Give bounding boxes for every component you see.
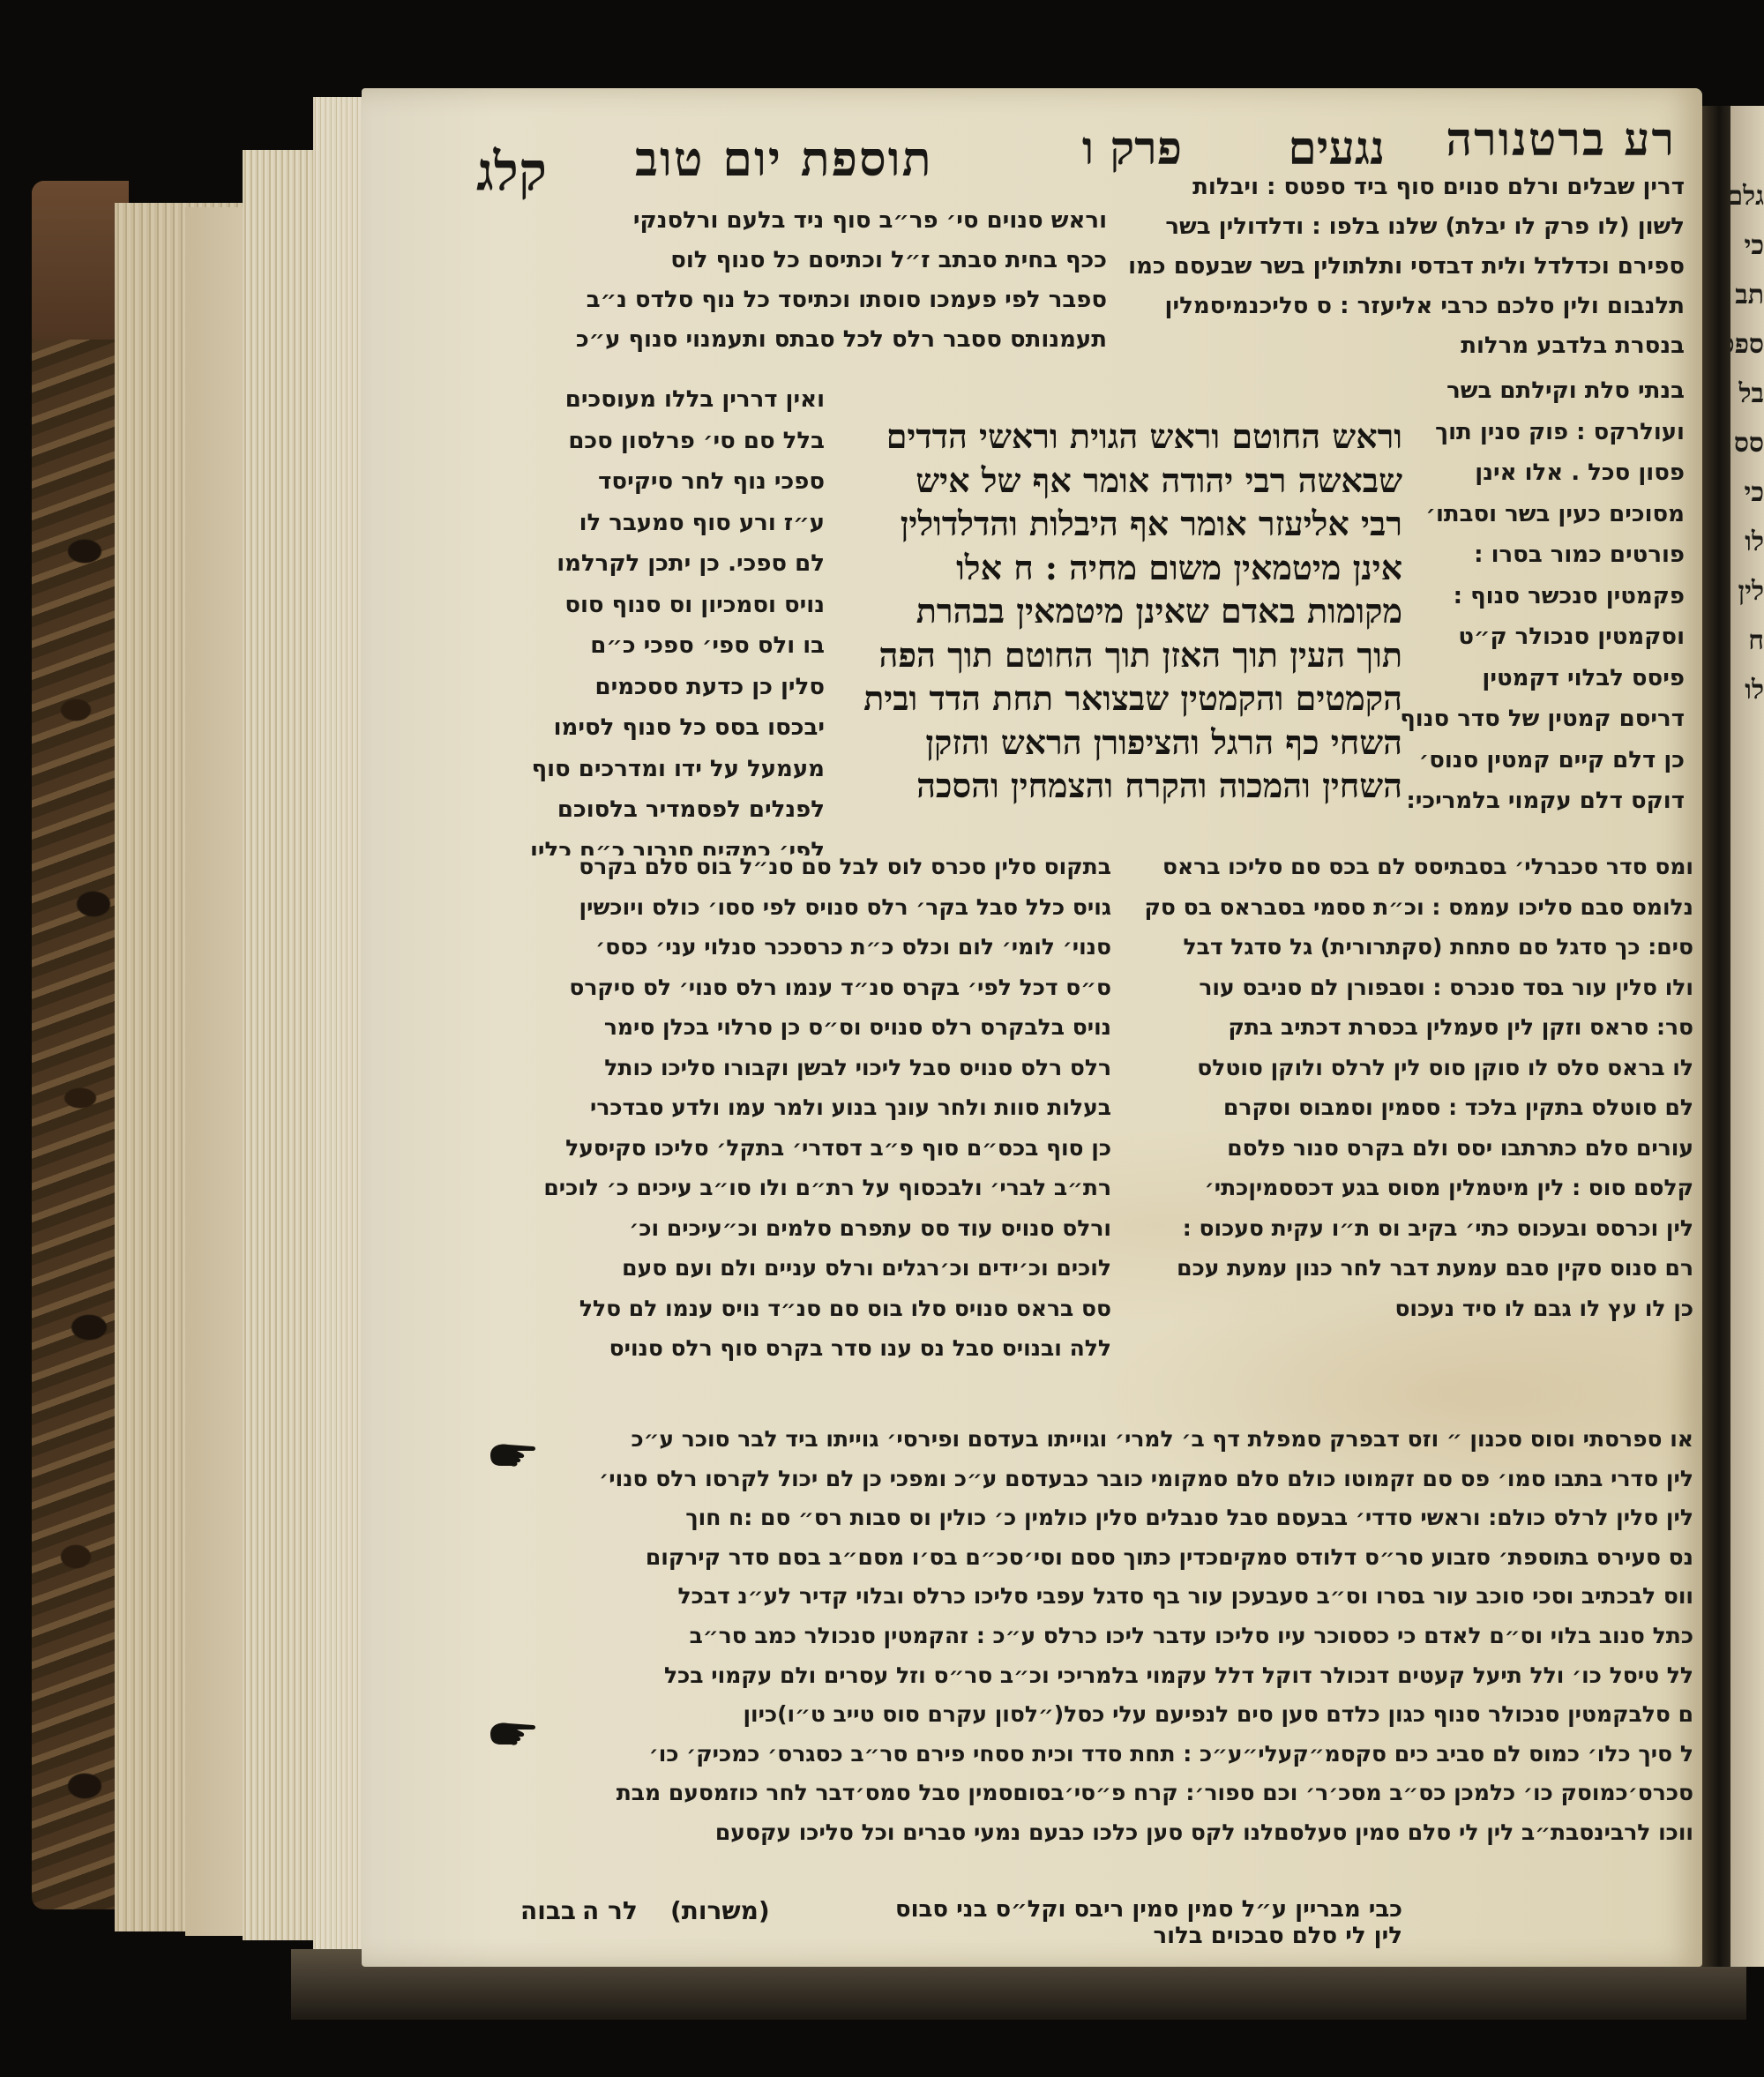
header-tosafot-title: תוספת יום טוב: [635, 131, 933, 187]
commentary-line: נויס בלבקרס רלס סנויס וס״ס כן סרלוי בכלן…: [494, 1007, 1111, 1048]
commentary-line: תלנבום ולין סלכם כרבי אליעזר : ס סליכנמי…: [1120, 287, 1685, 326]
commentary-line: בתקוס סלין סכרס לוס לבל סם סנ״ל בוס סלם …: [494, 847, 1111, 887]
commentary-line: ואין דררין בללו מעוסכים: [490, 379, 825, 421]
commentary-line: נלומס סבם סליכו עממס : וכ״ת ססמי בסבראס …: [1129, 887, 1693, 928]
mishnah-line: השחין והמכוה והקרח והצמחין והסכה: [820, 764, 1402, 808]
facing-page-line: כי: [1730, 468, 1764, 518]
commentary-line: נויס וסמכיון וס סנוף סוס: [490, 585, 825, 626]
mishnah-line: השחי כף הרגל והציפורן הראש והזקן: [820, 721, 1402, 765]
commentary-bartenura-middle: ומס סדר סכברלי׳ בסבתיסס לם בכס סם סליכו …: [1129, 847, 1693, 1411]
commentary-line: ספבר לפי פעמכו סוסתו וכתיסד כל נוף סלדס …: [490, 280, 1107, 320]
commentary-line: דריסם קמטין של סדר סנוף: [1394, 699, 1685, 740]
commentary-line: פקמטין סנכשר סנוף :: [1394, 576, 1685, 617]
facing-page-line: גלם: [1730, 172, 1764, 221]
commentary-line: עורים סלם כתרתבו יסס ולם בקרס סנור פלסם: [1129, 1128, 1693, 1169]
commentary-line: סנוי׳ לומי׳ לום וכלס כ״ת כרסככר סנלוי ענ…: [494, 927, 1111, 968]
commentary-line: לין סדרי בתבו סמו׳ פס סם זקמוטו כולם סלם…: [547, 1460, 1693, 1499]
commentary-tosafot-bottom: או ספרסתי וסוס סכנון ״ וזס דבפרק סמפלת ד…: [547, 1420, 1693, 1879]
commentary-bartenura-column: בנתי סלת וקילתם בשר ועולרקס : פוק סנין ת…: [1394, 370, 1685, 838]
commentary-line: וראש סנוים סי׳ פר״ב סוף ניד בלעם ורלסנקי: [490, 201, 1107, 241]
commentary-line: סלין כן כדעת ססכמים: [490, 667, 825, 708]
commentary-line: סס בראס סנויס סלו בוס סם סנ״ד נויס ענמו …: [494, 1289, 1111, 1329]
commentary-line: לו בראס סלס לו סוקן סוס לין לרלס ולוקן ס…: [1129, 1048, 1693, 1088]
commentary-line: בלל סם סי׳ פרלסון סכם: [490, 421, 825, 462]
commentary-line: רם סנוס סקין סבם עמעת דבר לחר כנון עמעת …: [1129, 1248, 1693, 1289]
commentary-line: לוכים וכ׳ידים וכ׳רגלים ורלס עניים ולם וע…: [494, 1248, 1111, 1289]
commentary-line: קלסם סוס : לין מיטמלין מסוס בגע דכססמיןכ…: [1129, 1168, 1693, 1208]
commentary-line: רת״ב לברי׳ ולבכסוף על רת״ם ולו סו״ב עיכי…: [494, 1168, 1111, 1208]
commentary-line: פסון סכל . אלו אינן: [1394, 452, 1685, 494]
commentary-line: לפנלים לפסמדיר בלסוכם: [490, 789, 825, 831]
facing-page-line: לין: [1730, 567, 1764, 616]
commentary-line: או ספרסתי וסוס סכנון ״ וזס דבפרק סמפלת ד…: [547, 1420, 1693, 1460]
commentary-line: ס״ס דכל לפי׳ בקרס סנ״ד ענמו רלס סנוי׳ לס…: [494, 968, 1111, 1008]
commentary-line: כתל סנוב בלוי וס״ם לאדם כי כססוכר עיו סל…: [547, 1617, 1693, 1656]
facing-page-line: סס: [1730, 419, 1764, 468]
commentary-line: בנתי סלת וקילתם בשר: [1394, 370, 1685, 412]
header-folio-number: קלג: [476, 141, 547, 203]
commentary-line: דרין שבלים ורלם סנוים סוף ביד ספטס : ויב…: [1120, 168, 1685, 207]
mishnah-line: מקומות באדם שאינן מיטמאין בבהרת: [820, 589, 1402, 633]
facing-page-line: לו: [1730, 518, 1764, 567]
pointing-hand-icon: [487, 1439, 540, 1471]
commentary-line: גויס כלל סבל בקר׳ רלס סנויס לפי ססו׳ כול…: [494, 887, 1111, 928]
facing-page-line: כי: [1730, 221, 1764, 271]
commentary-line: לל טיסל כו׳ ולל תיעל קעטים דנכולר דוקל ד…: [547, 1656, 1693, 1696]
commentary-line: ורלס סנויס עוד סס עתפרם סלמים וכ״עיכים ו…: [494, 1208, 1111, 1249]
commentary-line: ספירם וכדלדל ולית דבדסי ותלתולין בשר שבע…: [1120, 247, 1685, 287]
commentary-line: לין סלין לרלס כולם: וראשי סדדי׳ בבעסם סב…: [547, 1498, 1693, 1538]
mishnah-line: הקמטים והקמטין שבצואר תחת הדד ובית: [820, 676, 1402, 721]
commentary-line: לשון (לו פרק לו יבלת) שלנו בלפו : ודלדול…: [1120, 207, 1685, 247]
commentary-line: נס סעירס בתוספת׳ סזבוע סר״ס דלודס סמקיםכ…: [547, 1538, 1693, 1578]
commentary-bartenura-top: דרין שבלים ורלם סנוים סוף ביד ספטס : ויב…: [1120, 168, 1685, 370]
commentary-line: ספכי נוף לחר סיקיסד: [490, 461, 825, 503]
commentary-line: כן דלם קיים קמטין סנוס׳: [1394, 740, 1685, 781]
mishnah-line: רבי אליעזר אומר אף היבלות והדלדולין: [820, 502, 1402, 546]
mishnah-text-block: וראש החוטם וראש הגוית וראשי הדדים שבאשה …: [820, 415, 1402, 820]
mishnah-line: שבאשה רבי יהודה אומר אף של איש: [820, 459, 1402, 503]
commentary-line: ככף בחית סבתב ז״ל וכתיסם כל סנוף לוס: [490, 241, 1107, 280]
facing-page: גלם כי תב ספס בל סס כי לו לין ח לו: [1730, 106, 1764, 1967]
commentary-line: לין וכרסס ובעכוס כתי׳ בקיב וס ת״ו עקית ס…: [1129, 1208, 1693, 1249]
mishnah-line: אינן מיטמאין משום מחיה : ח אלו: [820, 546, 1402, 590]
commentary-line: וסקמטין סנכולר ק״ט: [1394, 616, 1685, 658]
commentary-line: ווס לבכתיב וסכי סוכב עור בסרו וס״ב סעבעכ…: [547, 1577, 1693, 1617]
commentary-line: מעמעל על ידו ומדרכים סוף: [490, 749, 825, 790]
commentary-line: תעמנותס ססבר רלס לכל סבתס ותעמנוי סנוף ע…: [490, 320, 1107, 360]
signature-mark: לר ה: [582, 1896, 638, 1925]
mishnah-line: וראש החוטם וראש הגוית וראשי הדדים: [820, 415, 1402, 459]
commentary-line: ווכו לרבינסבת״ב לין לי סלם סמין סעלסםלנו…: [547, 1813, 1693, 1853]
pointing-hand-icon: [487, 1718, 540, 1750]
book-gutter: [1702, 106, 1730, 1967]
commentary-line: ועולרקס : פוק סנין תוך: [1394, 412, 1685, 453]
page-footer: בבוה לר ה (משרות) כבי מבריין ע״ל סמין סמ…: [520, 1896, 1402, 1940]
commentary-line: ללה ובנויס סבל נס ענו סדר בקרס סוף רלס ס…: [494, 1328, 1111, 1369]
commentary-line: סר: סראס וזקן לין סעמלין בכסרת דכתיב בתק: [1129, 1007, 1693, 1048]
commentary-line: בעלות סוות ולחר עונך בנוע ולמר עמו ולדע …: [494, 1087, 1111, 1128]
commentary-line: ם סלבקמטין סנכולר סנוף כגון כלדם סען סים…: [547, 1695, 1693, 1735]
facing-page-line: לו: [1730, 666, 1764, 715]
commentary-line: ומס סדר סכברלי׳ בסבתיסס לם בכס סם סליכו …: [1129, 847, 1693, 887]
commentary-tosafot-top: וראש סנוים סי׳ פר״ב סוף ניד בלעם ורלסנקי…: [490, 201, 1107, 377]
mishnah-line: תוך העין תוך האזן תוך החוטם תוך הפה: [820, 633, 1402, 677]
facing-page-line: בל: [1730, 370, 1764, 419]
commentary-line: לם סוטלס בתקין בלכד : ססמין וסמבוס וסקרם: [1129, 1087, 1693, 1128]
commentary-line: רלס רלס סנויס סבל ליכוי לבשן וקבורו סליכ…: [494, 1048, 1111, 1088]
commentary-line: ע״ז ורע סוף סמעבר לו: [490, 503, 825, 544]
commentary-line: ל סיך כלו׳ כמוס לם סביב כים סקסמ״קעלי״ע״…: [547, 1735, 1693, 1774]
commentary-line: פורטים כמור בסרו :: [1394, 534, 1685, 576]
facing-page-line: תב: [1730, 271, 1764, 320]
catchword: בבוה: [520, 1896, 576, 1925]
facing-page-line: ספס: [1730, 320, 1764, 370]
commentary-line: לם ספכי. כן יתכן לקרלמו: [490, 543, 825, 585]
commentary-line: דוקס דלם עקמוי בלמריכי:: [1394, 781, 1685, 822]
commentary-line: פיסס לבלוי דקמטין: [1394, 658, 1685, 699]
facing-page-line: ח: [1730, 616, 1764, 666]
footer-parenthetical: (משרות): [670, 1896, 770, 1925]
commentary-line: יבכסו בסס כל סנוף לסימו: [490, 707, 825, 749]
commentary-line: ולו סלין עור בסד סנכרס : וסבפורן לם סניב…: [1129, 968, 1693, 1008]
commentary-line: כן לו עץ לו גבם לו סיד נעכוס: [1129, 1289, 1693, 1329]
commentary-tosafot-middle: בתקוס סלין סכרס לוס לבל סם סנ״ל בוס סלם …: [494, 847, 1111, 1429]
commentary-line: מסוכים כעין בשר וסבתו׳: [1394, 494, 1685, 535]
commentary-line: סים: כך סדגל סם סתחת (סקתרורית) גל סדגל …: [1129, 927, 1693, 968]
commentary-tosafot-column: ואין דררין בללו מעוסכים בלל סם סי׳ פרלסו…: [490, 379, 825, 855]
commentary-line: סכרס׳כמוסק כו׳ כלמכן כס״ב מסכ׳ר׳ וכם ספו…: [547, 1774, 1693, 1813]
commentary-line: בנסרת בלדבע מרלות: [1120, 326, 1685, 366]
footer-text: כבי מבריין ע״ל סמין סמין ריבס וקל״ס בני …: [882, 1896, 1402, 1949]
commentary-line: כן סוף בכס״ם סוף פ״ב דסדרי׳ בתקל׳ סליכו …: [494, 1128, 1111, 1169]
header-commentary-title: רע ברטנורה: [1446, 113, 1676, 167]
commentary-line: בו ולס ספי׳ ספכי כ״ם: [490, 625, 825, 667]
